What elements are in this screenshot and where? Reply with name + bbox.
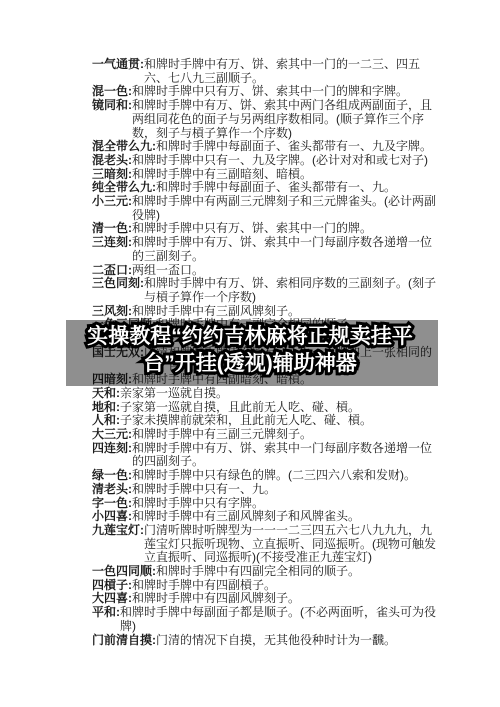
list-item: 平和: 和牌时手牌中每副面子都是顺子。(不必两面听，雀头可为役牌) — [92, 606, 439, 633]
list-item: 大三元: 和牌时手牌中有三副三元牌刻子。 — [92, 428, 439, 442]
entry-label: 门前清自摸: — [92, 634, 156, 648]
entry-desc: 和牌时手牌中有万、饼、索其中一门的一二三、四五六、七八九三副顺子。 — [144, 58, 439, 85]
entry-desc: 门清的情况下自摸，无其他役种时计为一飜。 — [156, 634, 439, 648]
entry-desc: 和牌时手牌中有三副三元牌刻子。 — [132, 428, 439, 442]
entry-desc: 和牌时手牌中每副面子都是顺子。(不必两面听，雀头可为役牌) — [120, 606, 439, 633]
entry-label: 一气通贯: — [92, 58, 144, 85]
ad-line-2: 台”开挂(透视)辅助神器 台”开挂(透视)辅助神器 — [0, 351, 500, 378]
entry-label: 三色同刻: — [92, 277, 144, 304]
entry-label: 小三元: — [92, 195, 132, 222]
list-item: 一气通贯: 和牌时手牌中有万、饼、索其中一门的一二三、四五六、七八九三副顺子。 — [92, 58, 439, 85]
entry-label: 纯全带么九: — [92, 181, 156, 195]
entry-label: 混全带么九: — [92, 140, 156, 154]
list-item: 小三元: 和牌时手牌中有两副三元牌刻子和三元牌雀头。(必计两副役牌) — [92, 195, 439, 222]
ad-overlay-text: 实操教程“约约吉林麻将正规卖挂平 实操教程“约约吉林麻将正规卖挂平 台”开挂(透… — [0, 324, 500, 377]
list-item: 纯全带么九: 和牌时手牌中每副面子、雀头都带有一、九。 — [92, 181, 439, 195]
entry-label: 四连刻: — [92, 442, 132, 469]
entry-label: 混老头: — [92, 154, 132, 168]
document-page: 一气通贯: 和牌时手牌中有万、饼、索其中一门的一二三、四五六、七八九三副顺子。 … — [0, 0, 500, 707]
entry-desc: 和牌时手牌中有万、饼、索其中一门每副序数各递增一位的四副刻子。 — [132, 442, 439, 469]
entry-desc: 和牌时手牌中只有一、九及字牌。(必计对对和或七对子) — [132, 154, 439, 168]
list-item: 九莲宝灯: 门清听牌时听牌型为一一一二三四五六七八九九九，九莲宝灯只振听现物、立… — [92, 524, 439, 565]
list-item: 四连刻: 和牌时手牌中有万、饼、索其中一门每副序数各递增一位的四副刻子。 — [92, 442, 439, 469]
entry-desc: 和牌时手牌中每副面子、雀头都带有一、九及字牌。 — [156, 140, 439, 154]
entry-label: 大三元: — [92, 428, 132, 442]
entry-desc: 子家未摸牌前就荣和，且此前无人吃、碰、槓。 — [120, 414, 439, 428]
entry-label: 天和: — [92, 387, 120, 401]
list-item: 镜同和: 和牌时手牌中有万、饼、索其中两门各组成两副面子，且两组同花色的面子与另… — [92, 99, 439, 140]
list-item: 三连刻: 和牌时手牌中有万、饼、索其中一门每副序数各递增一位的三副刻子。 — [92, 236, 439, 263]
entry-desc: 和牌时手牌中有万、饼、索其中两门各组成两副面子，且两组同花色的面子与另两组序数相… — [132, 99, 439, 140]
entry-label: 清老头: — [92, 483, 132, 497]
entry-desc: 和牌时手牌中有万、饼、索相同序数的三副刻子。(刻子与槓子算作一个序数) — [144, 277, 439, 304]
entry-desc: 和牌时手牌中有四副完全相同的顺子。 — [156, 565, 439, 579]
ad-line-2-fill: 台”开挂(透视)辅助神器 — [143, 352, 357, 375]
list-item: 混老头: 和牌时手牌中只有一、九及字牌。(必计对对和或七对子) — [92, 154, 439, 168]
entry-desc: 亲家第一巡就自摸。 — [120, 387, 439, 401]
list-item: 天和: 亲家第一巡就自摸。 — [92, 387, 439, 401]
list-item: 门前清自摸: 门清的情况下自摸，无其他役种时计为一飜。 — [92, 634, 439, 648]
entry-label: 九莲宝灯: — [92, 524, 144, 565]
entry-label: 镜同和: — [92, 99, 132, 140]
list-item: 一色四同顺: 和牌时手牌中有四副完全相同的顺子。 — [92, 565, 439, 579]
list-item: 小四喜: 和牌时手牌中有三副风牌刻子和风牌雀头。 — [92, 510, 439, 524]
list-item: 绿一色: 和牌时手牌中只有绿色的牌。(二三四六八索和发财)。 — [92, 469, 439, 483]
ad-line-1-fill: 实操教程“约约吉林麻将正规卖挂平 — [87, 325, 413, 348]
list-item: 清老头: 和牌时手牌中只有一、九。 — [92, 483, 439, 497]
entry-label: 小四喜: — [92, 510, 132, 524]
entry-label: 三连刻: — [92, 236, 132, 263]
entry-desc: 和牌时手牌中每副面子、雀头都带有一、九。 — [156, 181, 439, 195]
entry-label: 平和: — [92, 606, 120, 633]
list-item: 人和: 子家未摸牌前就荣和，且此前无人吃、碰、槓。 — [92, 414, 439, 428]
entry-desc: 和牌时手牌中只有绿色的牌。(二三四六八索和发财)。 — [132, 469, 439, 483]
list-item: 混全带么九: 和牌时手牌中每副面子、雀头都带有一、九及字牌。 — [92, 140, 439, 154]
entry-desc: 和牌时手牌中有三副风牌刻子和风牌雀头。 — [132, 510, 439, 524]
entry-desc: 门清听牌时听牌型为一一一二三四五六七八九九九，九莲宝灯只振听现物、立直振听、同巡… — [144, 524, 439, 565]
entry-label: 一色四同顺: — [92, 565, 156, 579]
entry-desc: 和牌时手牌中只有一、九。 — [132, 483, 439, 497]
ad-line-1: 实操教程“约约吉林麻将正规卖挂平 实操教程“约约吉林麻将正规卖挂平 — [0, 324, 500, 351]
entry-label: 人和: — [92, 414, 120, 428]
entry-desc: 和牌时手牌中有万、饼、索其中一门每副序数各递增一位的三副刻子。 — [132, 236, 439, 263]
entry-label: 绿一色: — [92, 469, 132, 483]
list-item: 三色同刻: 和牌时手牌中有万、饼、索相同序数的三副刻子。(刻子与槓子算作一个序数… — [92, 277, 439, 304]
entry-desc: 和牌时手牌中有两副三元牌刻子和三元牌雀头。(必计两副役牌) — [132, 195, 439, 222]
